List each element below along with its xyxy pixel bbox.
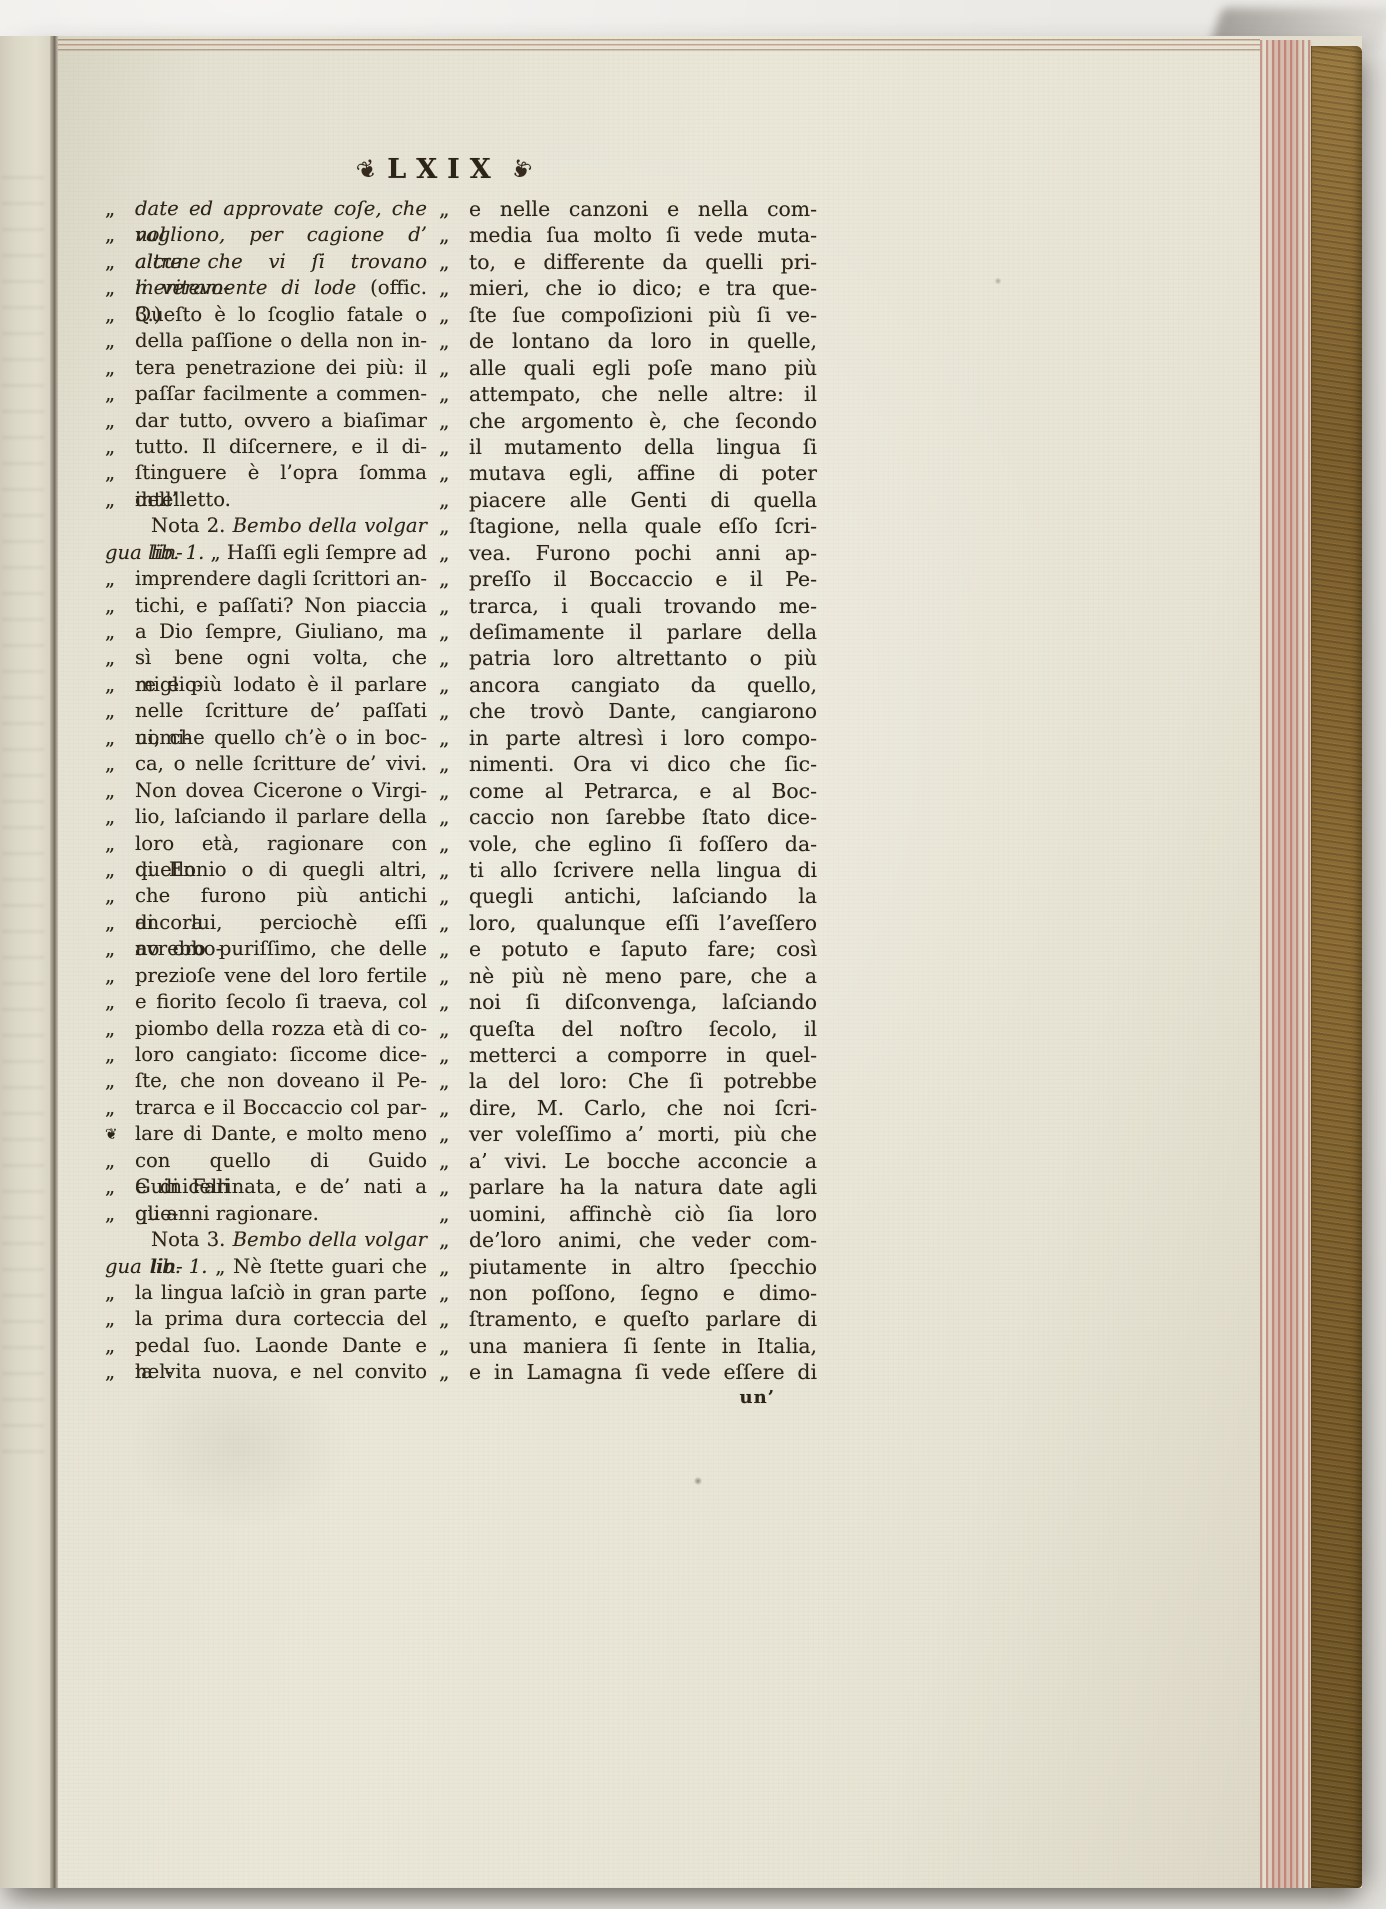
line-text: uomini, affinchè ciò ſia loro bbox=[469, 1201, 817, 1227]
quote-mark: „ bbox=[439, 936, 469, 962]
quote-mark: „ bbox=[439, 645, 469, 671]
text-line: „uomini, affinchè ciò ſia loro bbox=[439, 1201, 817, 1227]
quote-mark: „ bbox=[105, 1174, 135, 1200]
text-line: „to, e differente da quelli pri- bbox=[439, 249, 817, 275]
text-line: „patria loro altrettanto o più bbox=[439, 645, 817, 671]
text-line: Nota 3. Bembo della volgar lin- bbox=[105, 1227, 427, 1253]
line-text: de lontano da loro in quelle, bbox=[469, 328, 817, 354]
text-line: „mieri, che io dico; e tra que- bbox=[439, 275, 817, 301]
text-line: „gli anni ragionare. bbox=[105, 1201, 427, 1227]
line-text: media ſua molto ſi vede muta- bbox=[469, 222, 817, 248]
line-text: trarca e il Boccaccio col par- bbox=[135, 1095, 427, 1121]
text-line: gua lib. 1. „ Haſſi egli ſempre ad bbox=[105, 540, 427, 566]
quote-mark: „ bbox=[439, 778, 469, 804]
quote-mark: „ bbox=[105, 1148, 135, 1174]
line-text: deſimamente il parlare della bbox=[469, 619, 817, 645]
quote-mark: „ bbox=[439, 1359, 469, 1385]
quote-mark: „ bbox=[439, 328, 469, 354]
line-text: a Dio ſempre, Giuliano, ma bbox=[135, 619, 427, 645]
text-line: „e in Lamagna ſi vede eſſere di bbox=[439, 1359, 817, 1385]
quote-mark: „ bbox=[439, 1095, 469, 1121]
line-text: pedal ſuo. Laonde Dante e nel- bbox=[135, 1333, 427, 1359]
text-line: „che trovò Dante, cangiarono bbox=[439, 698, 817, 724]
quote-mark: „ bbox=[439, 1227, 469, 1253]
text-line: „ſtramento, e queſto parlare di bbox=[439, 1306, 817, 1332]
text-line: „dire, M. Carlo, che noi ſcri- bbox=[439, 1095, 817, 1121]
text-line: „date ed approvate coſe, che nol bbox=[105, 196, 427, 222]
line-text: queſta del noſtro ſecolo, il bbox=[469, 1016, 817, 1042]
line-text: ſtinguere è l’opra ſomma dell’ bbox=[135, 460, 427, 486]
text-line: „vole, che eglino ſi foſſero da- bbox=[439, 831, 817, 857]
quote-mark: „ bbox=[439, 1121, 469, 1147]
quote-mark: „ bbox=[105, 1095, 135, 1121]
quote-mark: „ bbox=[105, 1068, 135, 1094]
quote-mark: „ bbox=[439, 381, 469, 407]
page-text-area: ❦LXIX❦ „date ed approvate coſe, che nol„… bbox=[105, 154, 817, 1408]
quote-mark: „ bbox=[439, 540, 469, 566]
text-line: gua lib. 1. „ Nè ſtette guari che bbox=[105, 1254, 427, 1280]
quote-mark: „ bbox=[105, 883, 135, 909]
quote-mark: „ bbox=[439, 1174, 469, 1200]
text-line: „ti allo ſcrivere nella lingua di bbox=[439, 857, 817, 883]
quote-mark: „ bbox=[105, 645, 135, 671]
text-line: „come al Petrarca, e al Boc- bbox=[439, 778, 817, 804]
quote-mark: „ bbox=[105, 249, 135, 275]
line-text: no oro puriſſimo, che delle bbox=[135, 936, 427, 962]
quote-mark: „ bbox=[439, 751, 469, 777]
text-line: „ſtinguere è l’opra ſomma dell’ bbox=[105, 460, 427, 486]
text-line: „altre che vi ſi trovano meritevo- bbox=[105, 249, 427, 275]
page-number: LXIX bbox=[387, 154, 501, 185]
line-text: che furono più antichi ancora bbox=[135, 883, 427, 909]
text-line: „e potuto e ſaputo fare; così bbox=[439, 936, 817, 962]
line-text: de’loro animi, che veder com- bbox=[469, 1227, 817, 1253]
text-line: „li veramente di lode (offic. 3.) bbox=[105, 275, 427, 301]
quote-mark: „ bbox=[439, 593, 469, 619]
quote-mark: „ bbox=[105, 804, 135, 830]
quote-mark: „ bbox=[439, 1254, 469, 1280]
quote-mark: „ bbox=[105, 302, 135, 328]
text-line: „Queſto è lo ſcoglio fatale o bbox=[105, 302, 427, 328]
text-line: „la lingua laſciò in gran parte bbox=[105, 1280, 427, 1306]
quote-mark: „ bbox=[105, 1016, 135, 1042]
line-text: ſte ſue compoſizioni più ſi ve- bbox=[469, 302, 817, 328]
line-text: trarca, i quali trovando me- bbox=[469, 593, 817, 619]
text-line: „re e più lodato è il parlare bbox=[105, 672, 427, 698]
column-right: „e nelle canzoni e nella com-„media ſua … bbox=[439, 196, 817, 1386]
text-line: „piombo della rozza età di co- bbox=[105, 1016, 427, 1042]
line-text: a’ vivi. Le bocche acconcie a bbox=[469, 1148, 817, 1174]
text-line: „ſte, che non doveano il Pe- bbox=[105, 1068, 427, 1094]
quote-mark: „ bbox=[105, 196, 135, 222]
line-text: Non dovea Cicerone o Virgi- bbox=[135, 778, 427, 804]
line-text: ancora cangiato da quello, bbox=[469, 672, 817, 698]
quote-mark: „ bbox=[439, 1148, 469, 1174]
text-line: „ſtagione, nella quale eſſo ſcri- bbox=[439, 513, 817, 539]
line-text: lio, laſciando il parlare della bbox=[135, 804, 427, 830]
line-text: alle quali egli poſe mano più bbox=[469, 355, 817, 381]
text-line: „deſimamente il parlare della bbox=[439, 619, 817, 645]
cover-edge bbox=[1311, 46, 1362, 1888]
text-line: „pedal ſuo. Laonde Dante e nel- bbox=[105, 1333, 427, 1359]
quote-mark: „ bbox=[105, 381, 135, 407]
quote-mark: „ bbox=[105, 1306, 135, 1332]
line-text: tera penetrazione dei più: il bbox=[135, 355, 427, 381]
quote-mark: „ bbox=[439, 566, 469, 592]
line-text: ſtagione, nella quale eſſo ſcri- bbox=[469, 513, 817, 539]
text-line: „mutava egli, affine di poter bbox=[439, 460, 817, 486]
quote-mark: „ bbox=[439, 408, 469, 434]
text-line: „vea. Furono pochi anni ap- bbox=[439, 540, 817, 566]
line-text: vole, che eglino ſi foſſero da- bbox=[469, 831, 817, 857]
text-line: „la del loro: Che ſi potrebbe bbox=[439, 1068, 817, 1094]
line-text: gua lib. 1. „ Nè ſtette guari che bbox=[105, 1254, 427, 1280]
quote-mark: „ bbox=[105, 1359, 135, 1385]
quote-mark: „ bbox=[105, 1042, 135, 1068]
quote-mark: „ bbox=[105, 963, 135, 989]
text-line: „tera penetrazione dei più: il bbox=[105, 355, 427, 381]
text-line: „no oro puriſſimo, che delle bbox=[105, 936, 427, 962]
line-text: nelle ſcritture de’ paſſati uomi- bbox=[135, 698, 427, 724]
quote-mark: „ bbox=[105, 857, 135, 883]
line-text: il mutamento della lingua ſi bbox=[469, 434, 817, 460]
photo-background: ❦LXIX❦ „date ed approvate coſe, che nol„… bbox=[0, 0, 1386, 1909]
quote-mark: „ bbox=[105, 593, 135, 619]
text-line: „trarca, i quali trovando me- bbox=[439, 593, 817, 619]
text-line: „ver voleſſimo a’ morti, più che bbox=[439, 1121, 817, 1147]
text-line: „lio, laſciando il parlare della bbox=[105, 804, 427, 830]
quote-mark: „ bbox=[439, 672, 469, 698]
line-text: e potuto e ſaputo fare; così bbox=[469, 936, 817, 962]
quote-mark: „ bbox=[105, 1201, 135, 1227]
line-text: metterci a comporre in quel- bbox=[469, 1042, 817, 1068]
line-text: nè più nè meno pare, che a bbox=[469, 963, 817, 989]
quote-mark: „ bbox=[439, 910, 469, 936]
line-text: dar tutto, ovvero a biaſimar bbox=[135, 408, 427, 434]
line-text: la lingua laſciò in gran parte bbox=[135, 1280, 427, 1306]
text-line: „loro cangiato: ſiccome dice- bbox=[105, 1042, 427, 1068]
line-text: mieri, che io dico; e tra que- bbox=[469, 275, 817, 301]
line-text: Nota 3. Bembo della volgar lin- bbox=[105, 1227, 427, 1253]
text-line: „nelle ſcritture de’ paſſati uomi- bbox=[105, 698, 427, 724]
quote-mark: „ bbox=[439, 222, 469, 248]
text-columns: „date ed approvate coſe, che nol„vaglion… bbox=[105, 196, 817, 1386]
line-text: la vita nuova, e nel convito bbox=[135, 1359, 427, 1385]
quote-mark: „ bbox=[105, 725, 135, 751]
quote-mark: „ bbox=[439, 804, 469, 830]
line-text: Nota 2. Bembo della volgar lin- bbox=[105, 513, 427, 539]
quote-mark: „ bbox=[439, 725, 469, 751]
text-line: „e di Farinata, e de’ nati a que- bbox=[105, 1174, 427, 1200]
text-line: „e nelle canzoni e nella com- bbox=[439, 196, 817, 222]
line-text: caccio non ſarebbe ſtato dice- bbox=[469, 804, 817, 830]
quote-mark: „ bbox=[439, 1201, 469, 1227]
quote-mark: „ bbox=[439, 487, 469, 513]
line-text: di Ennio o di quegli altri, bbox=[135, 857, 427, 883]
text-line: ❦lare di Dante, e molto meno bbox=[105, 1121, 427, 1147]
text-line: „paſſar facilmente a commen- bbox=[105, 381, 427, 407]
quote-mark: „ bbox=[439, 1016, 469, 1042]
text-line: „piutamente in altro ſpecchio bbox=[439, 1254, 817, 1280]
line-text: sì bene ogni volta, che miglio- bbox=[135, 645, 427, 671]
line-text: patria loro altrettanto o più bbox=[469, 645, 817, 671]
quote-mark: „ bbox=[105, 910, 135, 936]
adjacent-page-edge bbox=[0, 36, 52, 1888]
line-text: piacere alle Genti di quella bbox=[469, 487, 817, 513]
line-text: una maniera ſi ſente in Italia, bbox=[469, 1333, 817, 1359]
line-text: e in Lamagna ſi vede eſſere di bbox=[469, 1359, 817, 1385]
line-text: tichi, e paſſati? Non piaccia bbox=[135, 593, 427, 619]
text-line: „imprendere dagli ſcrittori an- bbox=[105, 566, 427, 592]
text-line: „ni, che quello ch’è o in boc- bbox=[105, 725, 427, 751]
line-text: loro, qualunque eſſi l’aveſſero bbox=[469, 910, 817, 936]
text-line: „metterci a comporre in quel- bbox=[439, 1042, 817, 1068]
line-text: come al Petrarca, e al Boc- bbox=[469, 778, 817, 804]
text-line: „di Ennio o di quegli altri, bbox=[105, 857, 427, 883]
book-page: ❦LXIX❦ „date ed approvate coſe, che nol„… bbox=[58, 36, 1260, 1888]
line-text: imprendere dagli ſcrittori an- bbox=[135, 566, 427, 592]
text-line: „attempato, che nelle altre: il bbox=[439, 381, 817, 407]
text-line: „della paſſione o della non in- bbox=[105, 328, 427, 354]
line-text: vea. Furono pochi anni ap- bbox=[469, 540, 817, 566]
line-text: e fiorito ſecolo ſi traeva, col bbox=[135, 989, 427, 1015]
line-text: ti allo ſcrivere nella lingua di bbox=[469, 857, 817, 883]
quote-mark: „ bbox=[105, 487, 135, 513]
text-line: „che furono più antichi ancora bbox=[105, 883, 427, 909]
page-header: ❦LXIX❦ bbox=[71, 154, 817, 194]
quote-mark: „ bbox=[105, 989, 135, 1015]
quote-mark: „ bbox=[439, 857, 469, 883]
quote-mark: „ bbox=[439, 513, 469, 539]
catchword: un’ bbox=[105, 1387, 817, 1408]
text-line: „sì bene ogni volta, che miglio- bbox=[105, 645, 427, 671]
text-line: „con quello di Guido Guinicelli bbox=[105, 1148, 427, 1174]
line-text: preſſo il Boccaccio e il Pe- bbox=[469, 566, 817, 592]
line-text: con quello di Guido Guinicelli bbox=[135, 1148, 427, 1174]
line-text: ſtramento, e queſto parlare di bbox=[469, 1306, 817, 1332]
quote-mark: „ bbox=[105, 619, 135, 645]
line-text: altre che vi ſi trovano meritevo- bbox=[135, 249, 427, 275]
column-left: „date ed approvate coſe, che nol„vaglion… bbox=[105, 196, 427, 1386]
line-text: li veramente di lode (offic. 3.) bbox=[135, 275, 427, 301]
line-text: re e più lodato è il parlare bbox=[135, 672, 427, 698]
quote-mark: „ bbox=[105, 672, 135, 698]
text-line: „la vita nuova, e nel convito bbox=[105, 1359, 427, 1385]
line-text: di lui, perciochè eſſi avrebbo- bbox=[135, 910, 427, 936]
line-text: piutamente in altro ſpecchio bbox=[469, 1254, 817, 1280]
text-line: „quegli antichi, laſciando la bbox=[439, 883, 817, 909]
text-line: „che argomento è, che ſecondo bbox=[439, 408, 817, 434]
line-text: Queſto è lo ſcoglio fatale o bbox=[135, 302, 427, 328]
book: ❦LXIX❦ „date ed approvate coſe, che nol„… bbox=[0, 36, 1362, 1888]
quote-mark: „ bbox=[105, 1280, 135, 1306]
quote-mark: „ bbox=[105, 222, 135, 248]
quote-mark: „ bbox=[105, 831, 135, 857]
line-text: loro età, ragionare con quello bbox=[135, 831, 427, 857]
text-line: „prezioſe vene del loro fertile bbox=[105, 963, 427, 989]
text-line: „de’loro animi, che veder com- bbox=[439, 1227, 817, 1253]
text-line: „ca, o nelle ſcritture de’ vivi. bbox=[105, 751, 427, 777]
quote-mark: „ bbox=[439, 1306, 469, 1332]
text-line: „a Dio ſempre, Giuliano, ma bbox=[105, 619, 427, 645]
line-text: e di Farinata, e de’ nati a que- bbox=[135, 1174, 427, 1200]
fore-edge bbox=[1260, 40, 1312, 1888]
text-line: „vagliono, per cagione d’ alcune bbox=[105, 222, 427, 248]
line-text: lare di Dante, e molto meno bbox=[135, 1121, 427, 1147]
line-text: la del loro: Che ſi potrebbe bbox=[469, 1068, 817, 1094]
text-line: „caccio non ſarebbe ſtato dice- bbox=[439, 804, 817, 830]
quote-mark: „ bbox=[439, 989, 469, 1015]
line-text: date ed approvate coſe, che nol bbox=[135, 196, 427, 222]
fleuron-right-icon: ❦ bbox=[506, 153, 535, 186]
line-text: in parte altresì i loro compo- bbox=[469, 725, 817, 751]
line-text: piombo della rozza età di co- bbox=[135, 1016, 427, 1042]
line-text: to, e differente da quelli pri- bbox=[469, 249, 817, 275]
line-text: tutto. Il diſcernere, e il di- bbox=[135, 434, 427, 460]
text-line: „nimenti. Ora vi dico che ſic- bbox=[439, 751, 817, 777]
quote-mark: „ bbox=[439, 883, 469, 909]
text-line: „a’ vivi. Le bocche acconcie a bbox=[439, 1148, 817, 1174]
line-text: ni, che quello ch’è o in boc- bbox=[135, 725, 427, 751]
line-text: la prima dura corteccia del bbox=[135, 1306, 427, 1332]
text-line: „preſſo il Boccaccio e il Pe- bbox=[439, 566, 817, 592]
line-text: ver voleſſimo a’ morti, più che bbox=[469, 1121, 817, 1147]
text-line: „tutto. Il diſcernere, e il di- bbox=[105, 434, 427, 460]
line-text: noi ſi diſconvenga, laſciando bbox=[469, 989, 817, 1015]
quote-mark: „ bbox=[439, 1042, 469, 1068]
hedera-mark-icon: ❦ bbox=[105, 1121, 135, 1147]
line-text: ſte, che non doveano il Pe- bbox=[135, 1068, 427, 1094]
line-text: dire, M. Carlo, che noi ſcri- bbox=[469, 1095, 817, 1121]
quote-mark: „ bbox=[105, 460, 135, 486]
text-line: „parlare ha la natura date agli bbox=[439, 1174, 817, 1200]
text-line: „in parte altresì i loro compo- bbox=[439, 725, 817, 751]
line-text: della paſſione o della non in- bbox=[135, 328, 427, 354]
text-line: „tichi, e paſſati? Non piaccia bbox=[105, 593, 427, 619]
text-line: „media ſua molto ſi vede muta- bbox=[439, 222, 817, 248]
text-line: „non poſſono, ſegno e dimo- bbox=[439, 1280, 817, 1306]
quote-mark: „ bbox=[105, 751, 135, 777]
line-text: non poſſono, ſegno e dimo- bbox=[469, 1280, 817, 1306]
quote-mark: „ bbox=[439, 698, 469, 724]
line-text: vagliono, per cagione d’ alcune bbox=[135, 222, 427, 248]
quote-mark: „ bbox=[105, 275, 135, 301]
quote-mark: „ bbox=[439, 460, 469, 486]
quote-mark: „ bbox=[439, 1333, 469, 1359]
line-text: gli anni ragionare. bbox=[135, 1201, 427, 1227]
line-text: nimenti. Ora vi dico che ſic- bbox=[469, 751, 817, 777]
line-text: ca, o nelle ſcritture de’ vivi. bbox=[135, 751, 427, 777]
text-line: „de lontano da loro in quelle, bbox=[439, 328, 817, 354]
line-text: gua lib. 1. „ Haſſi egli ſempre ad bbox=[105, 540, 427, 566]
text-line: „trarca e il Boccaccio col par- bbox=[105, 1095, 427, 1121]
text-line: „e fiorito ſecolo ſi traeva, col bbox=[105, 989, 427, 1015]
text-line: „la prima dura corteccia del bbox=[105, 1306, 427, 1332]
text-line: „Non dovea Cicerone o Virgi- bbox=[105, 778, 427, 804]
quote-mark: „ bbox=[439, 619, 469, 645]
line-text: loro cangiato: ſiccome dice- bbox=[135, 1042, 427, 1068]
text-line: „queſta del noſtro ſecolo, il bbox=[439, 1016, 817, 1042]
quote-mark: „ bbox=[439, 355, 469, 381]
quote-mark: „ bbox=[105, 434, 135, 460]
quote-mark: „ bbox=[105, 328, 135, 354]
text-line: „noi ſi diſconvenga, laſciando bbox=[439, 989, 817, 1015]
quote-mark: „ bbox=[439, 275, 469, 301]
text-line: „una maniera ſi ſente in Italia, bbox=[439, 1333, 817, 1359]
quote-mark: „ bbox=[439, 434, 469, 460]
quote-mark: „ bbox=[439, 831, 469, 857]
quote-mark: „ bbox=[105, 778, 135, 804]
quote-mark: „ bbox=[105, 355, 135, 381]
line-text: parlare ha la natura date agli bbox=[469, 1174, 817, 1200]
quote-mark: „ bbox=[439, 1280, 469, 1306]
quote-mark: „ bbox=[439, 249, 469, 275]
quote-mark: „ bbox=[105, 566, 135, 592]
text-line: „ſte ſue compoſizioni più ſi ve- bbox=[439, 302, 817, 328]
quote-mark: „ bbox=[439, 302, 469, 328]
line-text: attempato, che nelle altre: il bbox=[469, 381, 817, 407]
line-text: quegli antichi, laſciando la bbox=[469, 883, 817, 909]
quote-mark: „ bbox=[439, 196, 469, 222]
text-line: „intelletto. bbox=[105, 487, 427, 513]
text-line: Nota 2. Bembo della volgar lin- bbox=[105, 513, 427, 539]
quote-mark: „ bbox=[105, 1333, 135, 1359]
line-text: intelletto. bbox=[135, 487, 427, 513]
quote-mark: „ bbox=[439, 963, 469, 989]
text-line: „ancora cangiato da quello, bbox=[439, 672, 817, 698]
text-line: „alle quali egli poſe mano più bbox=[439, 355, 817, 381]
text-line: „loro, qualunque eſſi l’aveſſero bbox=[439, 910, 817, 936]
text-line: „di lui, perciochè eſſi avrebbo- bbox=[105, 910, 427, 936]
line-text: che argomento è, che ſecondo bbox=[469, 408, 817, 434]
text-line: „dar tutto, ovvero a biaſimar bbox=[105, 408, 427, 434]
line-text: mutava egli, affine di poter bbox=[469, 460, 817, 486]
text-line: „piacere alle Genti di quella bbox=[439, 487, 817, 513]
quote-mark: „ bbox=[105, 408, 135, 434]
quote-mark: „ bbox=[105, 936, 135, 962]
fleuron-left-icon: ❦ bbox=[353, 153, 382, 186]
line-text: che trovò Dante, cangiarono bbox=[469, 698, 817, 724]
line-text: prezioſe vene del loro fertile bbox=[135, 963, 427, 989]
top-page-edges bbox=[58, 36, 1260, 53]
line-text: e nelle canzoni e nella com- bbox=[469, 196, 817, 222]
text-line: „nè più nè meno pare, che a bbox=[439, 963, 817, 989]
text-line: „loro età, ragionare con quello bbox=[105, 831, 427, 857]
quote-mark: „ bbox=[105, 698, 135, 724]
text-line: „il mutamento della lingua ſi bbox=[439, 434, 817, 460]
line-text: paſſar facilmente a commen- bbox=[135, 381, 427, 407]
quote-mark: „ bbox=[439, 1068, 469, 1094]
